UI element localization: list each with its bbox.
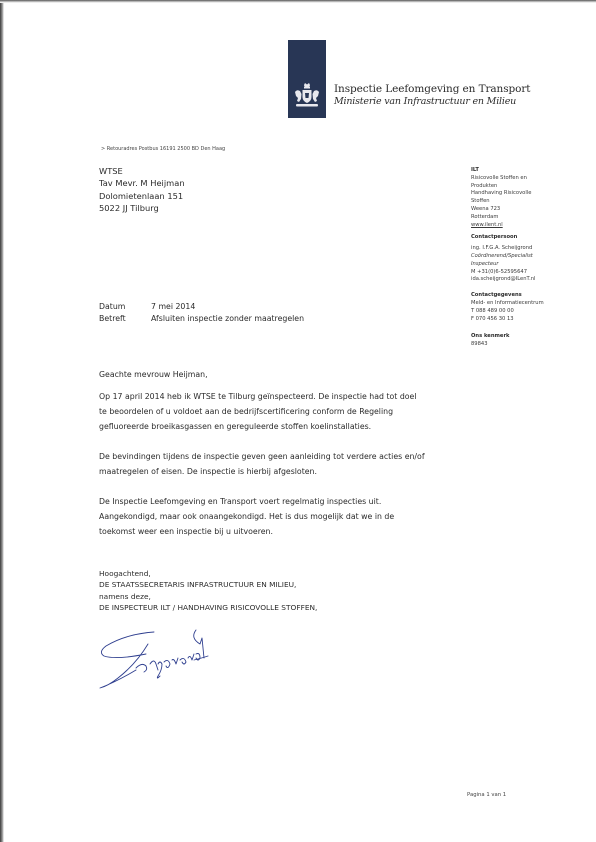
- letter-body: Geachte mevrouw Heijman, Op 17 april 201…: [99, 367, 469, 554]
- sender-line: Stoffen: [471, 198, 591, 206]
- subject-row: Betreft Afsluiten inspectie zonder maatr…: [99, 313, 304, 325]
- body-line: De Inspectie Leefomgeving en Transport v…: [99, 494, 469, 509]
- body-line: Aangekondigd, maar ook onaangekondigd. H…: [99, 509, 469, 524]
- sender-line: Rotterdam: [471, 214, 591, 222]
- body-line: toekomst weer een inspectie bij u uitvoe…: [99, 524, 469, 539]
- date-row: Datum 7 mei 2014: [99, 301, 304, 313]
- contact-person-role: Coördinerend/Specialist: [471, 253, 591, 261]
- body-line: gefluoreerde broeikasgassen en geregulee…: [99, 419, 469, 434]
- paragraph-findings: De bevindingen tijdens de inspectie geve…: [99, 449, 469, 479]
- sender-line: Handhaving Risicovolle: [471, 190, 591, 198]
- body-line: te beoordelen of u voldoet aan de bedrij…: [99, 404, 469, 419]
- recipient-attention: Tav Mevr. M Heijman: [99, 177, 185, 189]
- contact-details-heading: Contactgegevens: [471, 292, 591, 300]
- salutation: Geachte mevrouw Heijman,: [99, 367, 469, 382]
- closing-on-behalf: namens deze,: [99, 591, 317, 602]
- scan-edge-top: [0, 0, 596, 3]
- sender-line: Produkten: [471, 183, 591, 191]
- letter-meta: Datum 7 mei 2014 Betreft Afsluiten inspe…: [99, 301, 304, 325]
- sender-sidebar: ILT Risicovolle Stoffen en Produkten Han…: [471, 167, 591, 354]
- reference-block: Ons kenmerk 89843: [471, 333, 591, 349]
- sender-block: ILT Risicovolle Stoffen en Produkten Han…: [471, 167, 591, 229]
- recipient-street: Dolomietenlaan 151: [99, 190, 185, 202]
- recipient-city: 5022 JJ Tilburg: [99, 202, 185, 214]
- paragraph-future-inspections: De Inspectie Leefomgeving en Transport v…: [99, 494, 469, 539]
- contact-person-block: Contactpersoon ing. I.F.G.A. Scheijgrond…: [471, 234, 591, 284]
- closing-greeting: Hoogachtend,: [99, 568, 317, 579]
- paragraph-inspection: Op 17 april 2014 heb ik WTSE te Tilburg …: [99, 389, 469, 434]
- reference-heading: Ons kenmerk: [471, 333, 591, 341]
- sender-line: Risicovolle Stoffen en: [471, 175, 591, 183]
- contact-person-name: ing. I.F.G.A. Scheijgrond: [471, 245, 591, 253]
- ministry-name: Ministerie van Infrastructuur en Milieu: [334, 96, 516, 107]
- contact-person-heading: Contactpersoon: [471, 234, 591, 242]
- sender-line: Weena 723: [471, 206, 591, 214]
- closing: Hoogachtend, DE STAATSSECRETARIS INFRAST…: [99, 568, 317, 613]
- contact-details-line: Meld- en Informatiecentrum: [471, 300, 591, 308]
- closing-signatory-title: DE INSPECTEUR ILT / HANDHAVING RISICOVOL…: [99, 602, 317, 613]
- handwritten-signature-icon: [96, 624, 216, 690]
- contact-details-fax: F 070 456 30 13: [471, 316, 591, 324]
- organization-name: Inspectie Leefomgeving en Transport: [334, 83, 530, 95]
- closing-authority: DE STAATSSECRETARIS INFRASTRUCTUUR EN MI…: [99, 579, 317, 590]
- contact-details-phone: T 088 489 00 00: [471, 308, 591, 316]
- date-label: Datum: [99, 301, 151, 313]
- subject-label: Betreft: [99, 313, 151, 325]
- contact-details-block: Contactgegevens Meld- en Informatiecentr…: [471, 292, 591, 323]
- recipient-company: WTSE: [99, 165, 185, 177]
- body-line: Op 17 april 2014 heb ik WTSE te Tilburg …: [99, 389, 469, 404]
- recipient-address: WTSE Tav Mevr. M Heijman Dolomietenlaan …: [99, 165, 185, 214]
- reference-value: 89843: [471, 341, 591, 349]
- body-line: De bevindingen tijdens de inspectie geve…: [99, 449, 469, 464]
- page-number: Pagina 1 van 1: [467, 792, 506, 798]
- body-line: maatregelen of eisen. De inspectie is hi…: [99, 464, 469, 479]
- subject-value: Afsluiten inspectie zonder maatregelen: [151, 313, 304, 325]
- dutch-coat-of-arms-icon: [292, 82, 322, 110]
- contact-person-mobile: M +31(0)6-52595647: [471, 269, 591, 277]
- return-address: > Retouradres Postbus 16191 2500 BD Den …: [101, 146, 225, 152]
- date-value: 7 mei 2014: [151, 301, 195, 313]
- sender-heading: ILT: [471, 167, 591, 175]
- website-link[interactable]: www.ilent.nl: [471, 222, 591, 230]
- contact-person-email[interactable]: ida.scheijgrond@ILenT.nl: [471, 276, 591, 284]
- contact-person-role: Inspecteur: [471, 261, 591, 269]
- scan-edge-left: [0, 0, 4, 842]
